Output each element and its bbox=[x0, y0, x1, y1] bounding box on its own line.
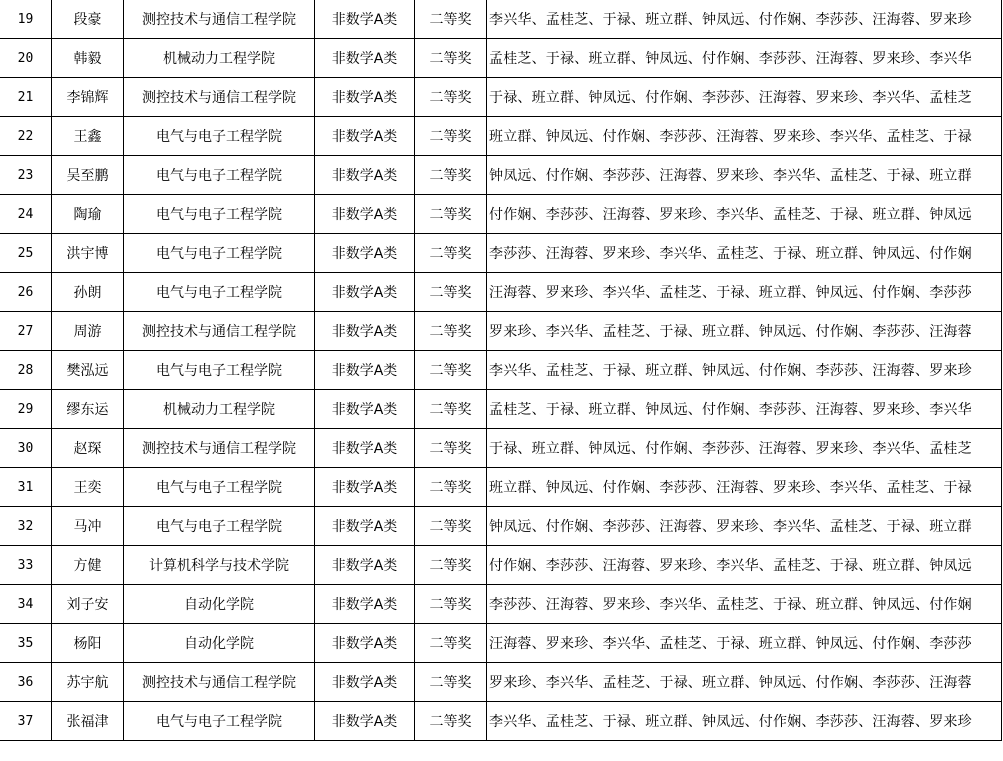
cell-award: 二等奖 bbox=[415, 468, 487, 507]
cell-number: 27 bbox=[0, 312, 52, 351]
cell-category: 非数学A类 bbox=[315, 468, 415, 507]
cell-college: 电气与电子工程学院 bbox=[124, 702, 315, 741]
cell-award: 二等奖 bbox=[415, 117, 487, 156]
cell-number: 20 bbox=[0, 39, 52, 78]
cell-student-name: 樊泓远 bbox=[52, 351, 124, 390]
cell-category: 非数学A类 bbox=[315, 0, 415, 39]
table-row: 23吴至鹏电气与电子工程学院非数学A类二等奖钟凤远、付作娴、李莎莎、汪海蓉、罗来… bbox=[0, 156, 1002, 195]
cell-advisors: 汪海蓉、罗来珍、李兴华、孟桂芝、于禄、班立群、钟凤远、付作娴、李莎莎 bbox=[487, 624, 1002, 663]
table-row: 33方健计算机科学与技术学院非数学A类二等奖付作娴、李莎莎、汪海蓉、罗来珍、李兴… bbox=[0, 546, 1002, 585]
cell-student-name: 吴至鹏 bbox=[52, 156, 124, 195]
cell-college: 测控技术与通信工程学院 bbox=[124, 429, 315, 468]
cell-award: 二等奖 bbox=[415, 702, 487, 741]
table-row: 21李锦辉测控技术与通信工程学院非数学A类二等奖于禄、班立群、钟凤远、付作娴、李… bbox=[0, 78, 1002, 117]
cell-number: 34 bbox=[0, 585, 52, 624]
cell-student-name: 杨阳 bbox=[52, 624, 124, 663]
cell-number: 36 bbox=[0, 663, 52, 702]
cell-category: 非数学A类 bbox=[315, 624, 415, 663]
cell-college: 电气与电子工程学院 bbox=[124, 117, 315, 156]
cell-college: 电气与电子工程学院 bbox=[124, 195, 315, 234]
cell-advisors: 李兴华、孟桂芝、于禄、班立群、钟凤远、付作娴、李莎莎、汪海蓉、罗来珍 bbox=[487, 0, 1002, 39]
table-row: 22王鑫电气与电子工程学院非数学A类二等奖班立群、钟凤远、付作娴、李莎莎、汪海蓉… bbox=[0, 117, 1002, 156]
cell-advisors: 于禄、班立群、钟凤远、付作娴、李莎莎、汪海蓉、罗来珍、李兴华、孟桂芝 bbox=[487, 78, 1002, 117]
cell-advisors: 付作娴、李莎莎、汪海蓉、罗来珍、李兴华、孟桂芝、于禄、班立群、钟凤远 bbox=[487, 195, 1002, 234]
cell-award: 二等奖 bbox=[415, 156, 487, 195]
cell-student-name: 李锦辉 bbox=[52, 78, 124, 117]
cell-college: 机械动力工程学院 bbox=[124, 39, 315, 78]
cell-student-name: 马冲 bbox=[52, 507, 124, 546]
cell-number: 26 bbox=[0, 273, 52, 312]
cell-number: 23 bbox=[0, 156, 52, 195]
cell-category: 非数学A类 bbox=[315, 39, 415, 78]
cell-college: 电气与电子工程学院 bbox=[124, 507, 315, 546]
cell-number: 31 bbox=[0, 468, 52, 507]
cell-award: 二等奖 bbox=[415, 273, 487, 312]
cell-award: 二等奖 bbox=[415, 39, 487, 78]
cell-category: 非数学A类 bbox=[315, 390, 415, 429]
cell-number: 25 bbox=[0, 234, 52, 273]
cell-category: 非数学A类 bbox=[315, 663, 415, 702]
award-list-sheet: 19段豪测控技术与通信工程学院非数学A类二等奖李兴华、孟桂芝、于禄、班立群、钟凤… bbox=[0, 0, 1003, 741]
cell-college: 电气与电子工程学院 bbox=[124, 156, 315, 195]
cell-student-name: 缪东运 bbox=[52, 390, 124, 429]
cell-award: 二等奖 bbox=[415, 78, 487, 117]
cell-student-name: 洪宇博 bbox=[52, 234, 124, 273]
cell-number: 22 bbox=[0, 117, 52, 156]
table-row: 24陶瑜电气与电子工程学院非数学A类二等奖付作娴、李莎莎、汪海蓉、罗来珍、李兴华… bbox=[0, 195, 1002, 234]
cell-award: 二等奖 bbox=[415, 585, 487, 624]
cell-award: 二等奖 bbox=[415, 351, 487, 390]
cell-student-name: 张福津 bbox=[52, 702, 124, 741]
table-row: 29缪东运机械动力工程学院非数学A类二等奖孟桂芝、于禄、班立群、钟凤远、付作娴、… bbox=[0, 390, 1002, 429]
cell-student-name: 韩毅 bbox=[52, 39, 124, 78]
cell-student-name: 方健 bbox=[52, 546, 124, 585]
cell-advisors: 孟桂芝、于禄、班立群、钟凤远、付作娴、李莎莎、汪海蓉、罗来珍、李兴华 bbox=[487, 39, 1002, 78]
cell-number: 35 bbox=[0, 624, 52, 663]
cell-category: 非数学A类 bbox=[315, 273, 415, 312]
cell-student-name: 王奕 bbox=[52, 468, 124, 507]
cell-number: 19 bbox=[0, 0, 52, 39]
cell-award: 二等奖 bbox=[415, 195, 487, 234]
cell-award: 二等奖 bbox=[415, 234, 487, 273]
cell-college: 测控技术与通信工程学院 bbox=[124, 312, 315, 351]
cell-college: 自动化学院 bbox=[124, 624, 315, 663]
cell-advisors: 付作娴、李莎莎、汪海蓉、罗来珍、李兴华、孟桂芝、于禄、班立群、钟凤远 bbox=[487, 546, 1002, 585]
cell-category: 非数学A类 bbox=[315, 312, 415, 351]
cell-advisors: 班立群、钟凤远、付作娴、李莎莎、汪海蓉、罗来珍、李兴华、孟桂芝、于禄 bbox=[487, 117, 1002, 156]
table-row: 25洪宇博电气与电子工程学院非数学A类二等奖李莎莎、汪海蓉、罗来珍、李兴华、孟桂… bbox=[0, 234, 1002, 273]
cell-student-name: 段豪 bbox=[52, 0, 124, 39]
cell-number: 24 bbox=[0, 195, 52, 234]
cell-student-name: 王鑫 bbox=[52, 117, 124, 156]
cell-category: 非数学A类 bbox=[315, 546, 415, 585]
table-row: 35杨阳自动化学院非数学A类二等奖汪海蓉、罗来珍、李兴华、孟桂芝、于禄、班立群、… bbox=[0, 624, 1002, 663]
cell-college: 测控技术与通信工程学院 bbox=[124, 0, 315, 39]
award-table: 19段豪测控技术与通信工程学院非数学A类二等奖李兴华、孟桂芝、于禄、班立群、钟凤… bbox=[0, 0, 1002, 741]
cell-number: 21 bbox=[0, 78, 52, 117]
cell-category: 非数学A类 bbox=[315, 507, 415, 546]
table-row: 36苏宇航测控技术与通信工程学院非数学A类二等奖罗来珍、李兴华、孟桂芝、于禄、班… bbox=[0, 663, 1002, 702]
cell-student-name: 陶瑜 bbox=[52, 195, 124, 234]
cell-student-name: 刘子安 bbox=[52, 585, 124, 624]
table-row: 26孙朗电气与电子工程学院非数学A类二等奖汪海蓉、罗来珍、李兴华、孟桂芝、于禄、… bbox=[0, 273, 1002, 312]
cell-number: 28 bbox=[0, 351, 52, 390]
cell-advisors: 罗来珍、李兴华、孟桂芝、于禄、班立群、钟凤远、付作娴、李莎莎、汪海蓉 bbox=[487, 312, 1002, 351]
cell-college: 电气与电子工程学院 bbox=[124, 273, 315, 312]
cell-number: 30 bbox=[0, 429, 52, 468]
cell-college: 电气与电子工程学院 bbox=[124, 234, 315, 273]
cell-advisors: 李莎莎、汪海蓉、罗来珍、李兴华、孟桂芝、于禄、班立群、钟凤远、付作娴 bbox=[487, 234, 1002, 273]
cell-college: 电气与电子工程学院 bbox=[124, 351, 315, 390]
cell-college: 计算机科学与技术学院 bbox=[124, 546, 315, 585]
cell-advisors: 钟凤远、付作娴、李莎莎、汪海蓉、罗来珍、李兴华、孟桂芝、于禄、班立群 bbox=[487, 507, 1002, 546]
cell-number: 29 bbox=[0, 390, 52, 429]
cell-advisors: 李兴华、孟桂芝、于禄、班立群、钟凤远、付作娴、李莎莎、汪海蓉、罗来珍 bbox=[487, 351, 1002, 390]
table-row: 20韩毅机械动力工程学院非数学A类二等奖孟桂芝、于禄、班立群、钟凤远、付作娴、李… bbox=[0, 39, 1002, 78]
cell-category: 非数学A类 bbox=[315, 702, 415, 741]
table-row: 31王奕电气与电子工程学院非数学A类二等奖班立群、钟凤远、付作娴、李莎莎、汪海蓉… bbox=[0, 468, 1002, 507]
cell-award: 二等奖 bbox=[415, 663, 487, 702]
cell-number: 33 bbox=[0, 546, 52, 585]
cell-advisors: 于禄、班立群、钟凤远、付作娴、李莎莎、汪海蓉、罗来珍、李兴华、孟桂芝 bbox=[487, 429, 1002, 468]
cell-category: 非数学A类 bbox=[315, 78, 415, 117]
cell-category: 非数学A类 bbox=[315, 585, 415, 624]
cell-award: 二等奖 bbox=[415, 0, 487, 39]
cell-student-name: 苏宇航 bbox=[52, 663, 124, 702]
cell-advisors: 孟桂芝、于禄、班立群、钟凤远、付作娴、李莎莎、汪海蓉、罗来珍、李兴华 bbox=[487, 390, 1002, 429]
cell-category: 非数学A类 bbox=[315, 429, 415, 468]
cell-advisors: 李兴华、孟桂芝、于禄、班立群、钟凤远、付作娴、李莎莎、汪海蓉、罗来珍 bbox=[487, 702, 1002, 741]
cell-college: 自动化学院 bbox=[124, 585, 315, 624]
cell-student-name: 周游 bbox=[52, 312, 124, 351]
cell-college: 测控技术与通信工程学院 bbox=[124, 78, 315, 117]
table-row: 19段豪测控技术与通信工程学院非数学A类二等奖李兴华、孟桂芝、于禄、班立群、钟凤… bbox=[0, 0, 1002, 39]
cell-advisors: 李莎莎、汪海蓉、罗来珍、李兴华、孟桂芝、于禄、班立群、钟凤远、付作娴 bbox=[487, 585, 1002, 624]
cell-category: 非数学A类 bbox=[315, 234, 415, 273]
cell-advisors: 罗来珍、李兴华、孟桂芝、于禄、班立群、钟凤远、付作娴、李莎莎、汪海蓉 bbox=[487, 663, 1002, 702]
cell-category: 非数学A类 bbox=[315, 117, 415, 156]
cell-advisors: 汪海蓉、罗来珍、李兴华、孟桂芝、于禄、班立群、钟凤远、付作娴、李莎莎 bbox=[487, 273, 1002, 312]
cell-number: 32 bbox=[0, 507, 52, 546]
cell-college: 电气与电子工程学院 bbox=[124, 468, 315, 507]
cell-student-name: 孙朗 bbox=[52, 273, 124, 312]
cell-advisors: 钟凤远、付作娴、李莎莎、汪海蓉、罗来珍、李兴华、孟桂芝、于禄、班立群 bbox=[487, 156, 1002, 195]
cell-college: 测控技术与通信工程学院 bbox=[124, 663, 315, 702]
cell-category: 非数学A类 bbox=[315, 156, 415, 195]
cell-category: 非数学A类 bbox=[315, 351, 415, 390]
table-row: 37张福津电气与电子工程学院非数学A类二等奖李兴华、孟桂芝、于禄、班立群、钟凤远… bbox=[0, 702, 1002, 741]
table-row: 34刘子安自动化学院非数学A类二等奖李莎莎、汪海蓉、罗来珍、李兴华、孟桂芝、于禄… bbox=[0, 585, 1002, 624]
table-row: 32马冲电气与电子工程学院非数学A类二等奖钟凤远、付作娴、李莎莎、汪海蓉、罗来珍… bbox=[0, 507, 1002, 546]
table-row: 27周游测控技术与通信工程学院非数学A类二等奖罗来珍、李兴华、孟桂芝、于禄、班立… bbox=[0, 312, 1002, 351]
table-row: 28樊泓远电气与电子工程学院非数学A类二等奖李兴华、孟桂芝、于禄、班立群、钟凤远… bbox=[0, 351, 1002, 390]
cell-award: 二等奖 bbox=[415, 546, 487, 585]
cell-college: 机械动力工程学院 bbox=[124, 390, 315, 429]
cell-student-name: 赵琛 bbox=[52, 429, 124, 468]
cell-award: 二等奖 bbox=[415, 312, 487, 351]
cell-category: 非数学A类 bbox=[315, 195, 415, 234]
cell-advisors: 班立群、钟凤远、付作娴、李莎莎、汪海蓉、罗来珍、李兴华、孟桂芝、于禄 bbox=[487, 468, 1002, 507]
table-row: 30赵琛测控技术与通信工程学院非数学A类二等奖于禄、班立群、钟凤远、付作娴、李莎… bbox=[0, 429, 1002, 468]
cell-award: 二等奖 bbox=[415, 390, 487, 429]
award-table-body: 19段豪测控技术与通信工程学院非数学A类二等奖李兴华、孟桂芝、于禄、班立群、钟凤… bbox=[0, 0, 1002, 741]
cell-award: 二等奖 bbox=[415, 507, 487, 546]
cell-award: 二等奖 bbox=[415, 429, 487, 468]
cell-number: 37 bbox=[0, 702, 52, 741]
cell-award: 二等奖 bbox=[415, 624, 487, 663]
